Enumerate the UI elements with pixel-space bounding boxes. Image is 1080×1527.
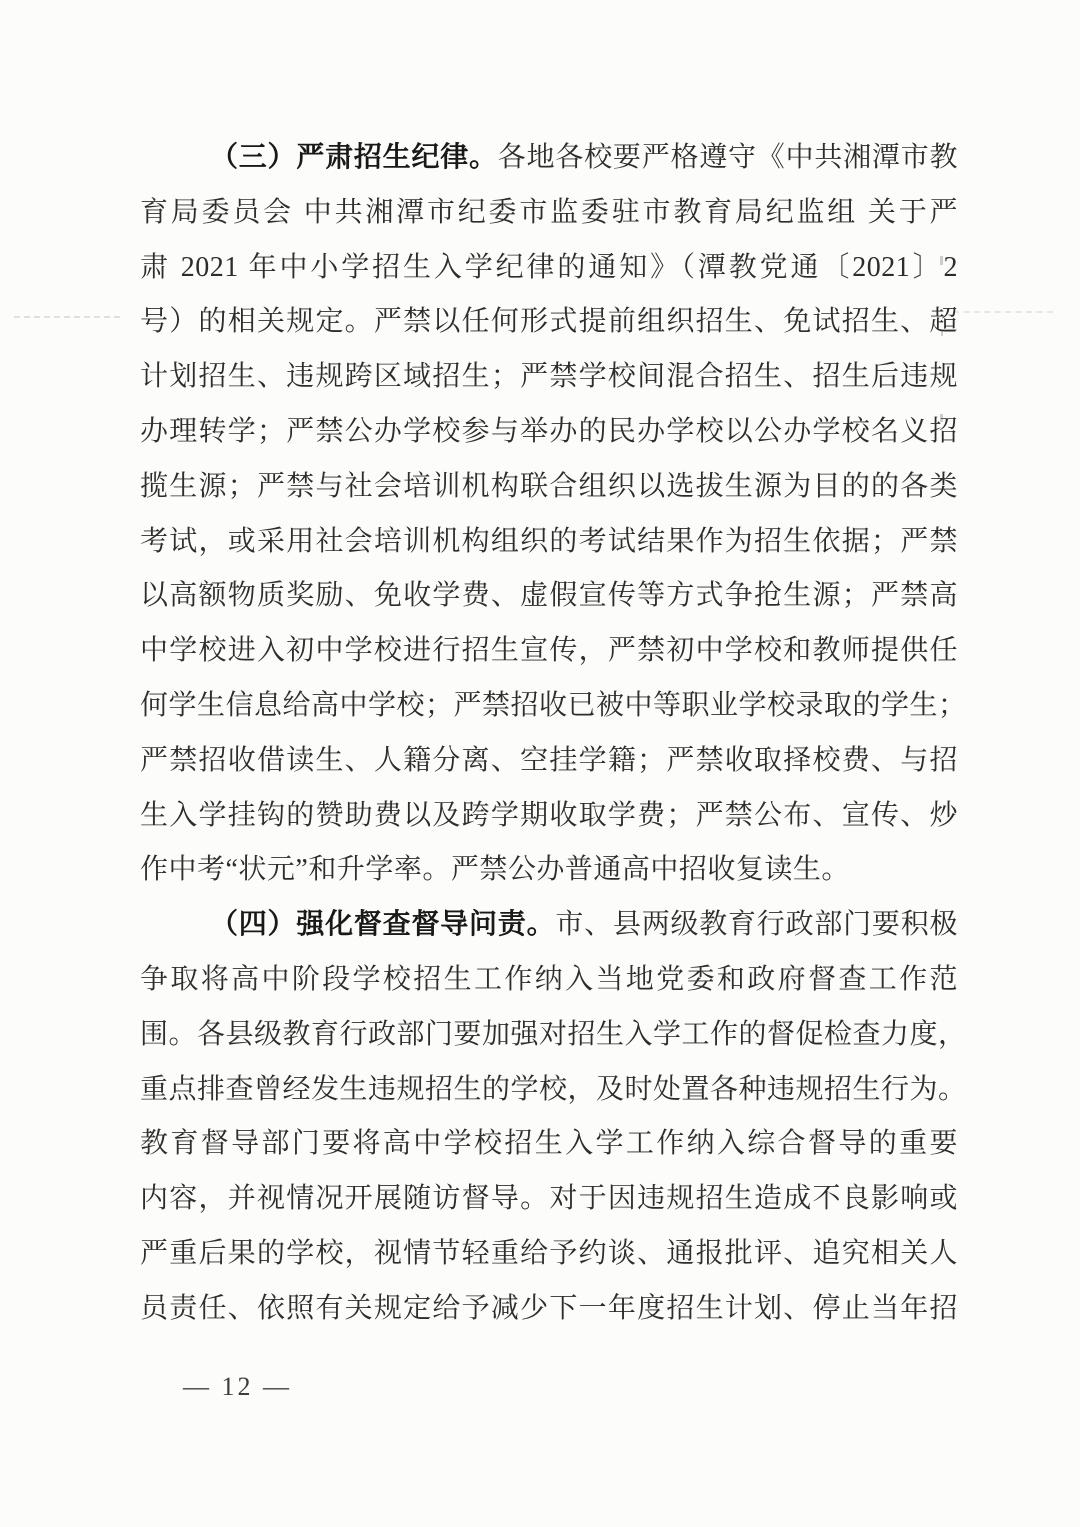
section-heading: （四）强化督查督导问责。 bbox=[210, 909, 555, 940]
text-line: 争取将高中阶段学校招生工作纳入当地党委和政府督查工作范 bbox=[140, 953, 958, 1008]
text-line: 围。各县级教育行政部门要加强对招生入学工作的督促检查力度， bbox=[140, 1008, 958, 1063]
document-body-text: （三）严肃招生纪律。各地各校要严格遵守《中共湘潭市教育局委员会 中共湘潭市纪委市… bbox=[140, 131, 958, 1337]
text-line: （三）严肃招生纪律。各地各校要严格遵守《中共湘潭市教 bbox=[140, 131, 958, 186]
text-line: 何学生信息给高中学校；严禁招收已被中等职业学校录取的学生； bbox=[140, 679, 958, 734]
scanned-document-page: （三）严肃招生纪律。各地各校要严格遵守《中共湘潭市教育局委员会 中共湘潭市纪委市… bbox=[0, 0, 1080, 1527]
section-heading: （三）严肃招生纪律。 bbox=[210, 142, 498, 173]
text-line: 肃 2021 年中小学招生入学纪律的通知》（潭教党通〔2021〕2 bbox=[140, 241, 958, 296]
text-line: 重点排查曾经发生违规招生的学校，及时处置各种违规招生行为。 bbox=[140, 1063, 958, 1118]
scan-artifact-right-dashes bbox=[953, 311, 1053, 313]
text-line: 考试，或采用社会培训机构组织的考试结果作为招生依据；严禁 bbox=[140, 515, 958, 570]
scan-artifact-left-dashes bbox=[14, 316, 120, 318]
text-line: 中学校进入初中学校进行招生宣传，严禁初中学校和教师提供任 bbox=[140, 624, 958, 679]
text-line: 办理转学；严禁公办学校参与举办的民办学校以公办学校名义招 bbox=[140, 405, 958, 460]
text-line: 育局委员会 中共湘潭市纪委市监委驻市教育局纪监组 关于严 bbox=[140, 186, 958, 241]
text-line: 生入学挂钩的赞助费以及跨学期收取学费；严禁公布、宣传、炒 bbox=[140, 789, 958, 844]
text-line: 严重后果的学校，视情节轻重给予约谈、通报批评、追究相关人 bbox=[140, 1227, 958, 1282]
text-line: 以高额物质奖励、免收学费、虚假宣传等方式争抢生源；严禁高 bbox=[140, 569, 958, 624]
text-line: 计划招生、违规跨区域招生；严禁学校间混合招生、招生后违规 bbox=[140, 350, 958, 405]
text-line: 教育督导部门要将高中学校招生入学工作纳入综合督导的重要 bbox=[140, 1117, 958, 1172]
page-number: — 12 — bbox=[183, 1372, 292, 1402]
text-line: 内容，并视情况开展随访督导。对于因违规招生造成不良影响或 bbox=[140, 1172, 958, 1227]
text-line: 号）的相关规定。严禁以任何形式提前组织招生、免试招生、超 bbox=[140, 295, 958, 350]
text-line: 严禁招收借读生、人籍分离、空挂学籍；严禁收取择校费、与招 bbox=[140, 734, 958, 789]
text-line: （四）强化督查督导问责。市、县两级教育行政部门要积极 bbox=[140, 898, 958, 953]
text-line: 员责任、依照有关规定给予减少下一年度招生计划、停止当年招 bbox=[140, 1282, 958, 1337]
text-line: 作中考“状元”和升学率。严禁公办普通高中招收复读生。 bbox=[140, 843, 958, 898]
text-line: 揽生源；严禁与社会培训机构联合组织以选拔生源为目的的各类 bbox=[140, 460, 958, 515]
